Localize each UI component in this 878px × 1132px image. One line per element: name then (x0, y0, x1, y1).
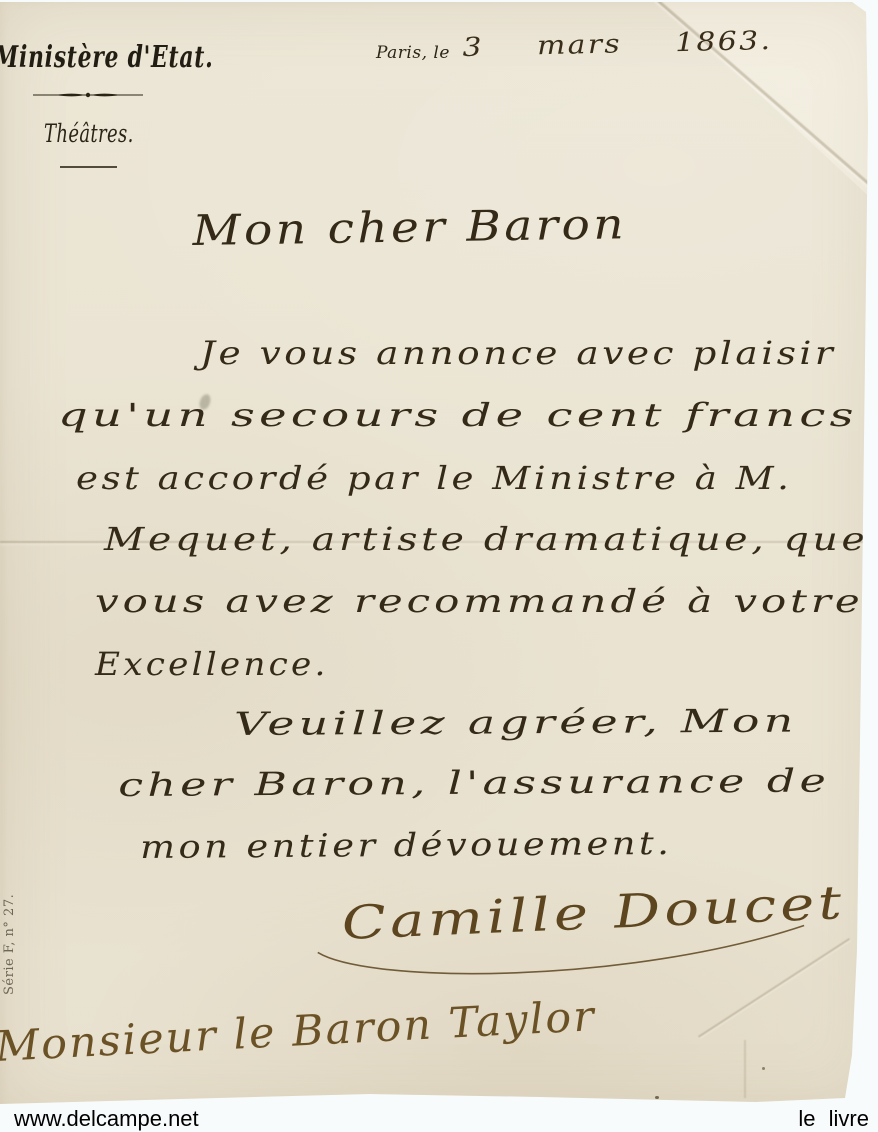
body-line-5: vous avez recommandé à votre (95, 582, 864, 620)
letterhead-division-rule (60, 166, 117, 168)
paper-speck (762, 1067, 765, 1070)
body-line-3: est accordé par le Ministre à M. (76, 459, 792, 497)
dateline-handwritten-date: 3 mars 1863. (462, 26, 773, 63)
letter-paper: Ministère d'Etat. Théâtres. Paris, le 3 … (0, 0, 878, 1110)
body-line-1: Je vous annonce avec plaisir (200, 334, 836, 372)
closing-line-2: cher Baron, l'assurance de (118, 762, 830, 804)
letterhead-division: Théâtres. (44, 119, 134, 148)
closing-line-1: Veuillez agréer, Mon (234, 702, 798, 743)
letterhead-ministry: Ministère d'Etat. (0, 40, 213, 75)
closing-line-3: mon entier dévouement. (140, 824, 672, 866)
series-note: Série F, n° 27. (2, 843, 20, 995)
letterhead-divider-ornament (33, 90, 143, 100)
recipient-line: Monsieur le Baron Taylor (0, 991, 597, 1071)
body-line-2: qu'un secours de cent francs (58, 396, 858, 434)
watermark-site-text: www.delcampe.net (14, 1106, 199, 1132)
scanned-letter-canvas: Ministère d'Etat. Théâtres. Paris, le 3 … (0, 0, 878, 1132)
watermark-label-text: le livre (798, 1106, 869, 1132)
salutation: Mon cher Baron (192, 199, 627, 255)
body-line-6: Excellence. (95, 645, 329, 683)
dateline-printed: Paris, le (376, 43, 450, 63)
watermark-bar: www.delcampe.net le livre (0, 1100, 878, 1132)
fold-crease-bottom-vertical (744, 1040, 746, 1098)
body-line-4: Mequet, artiste dramatique, que (104, 520, 869, 558)
paper-speck (655, 1096, 659, 1099)
